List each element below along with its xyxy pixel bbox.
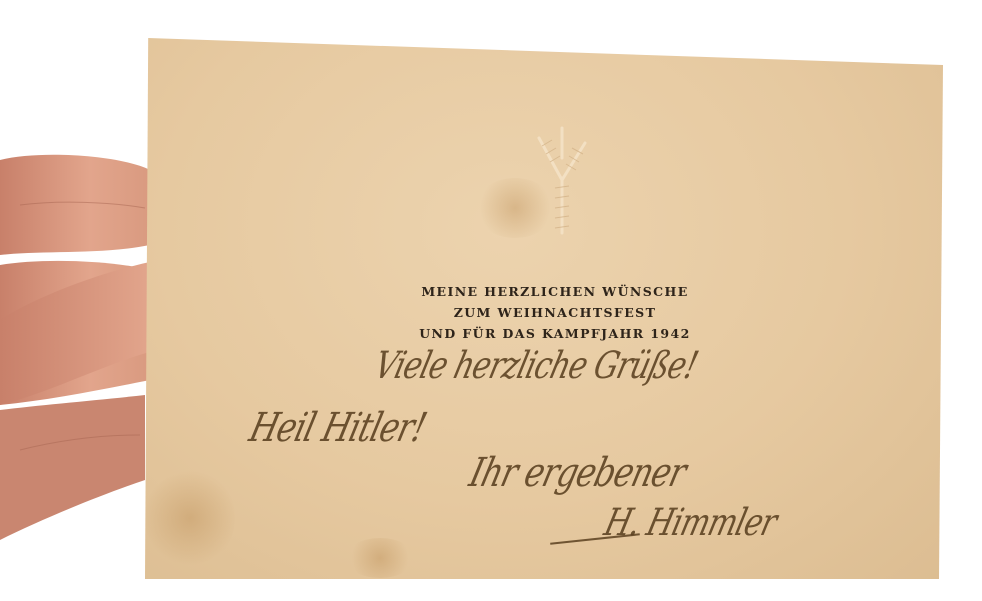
- printed-greeting: MEINE HERZLICHEN WÜNSCHE ZUM WEIHNACHTSF…: [345, 281, 765, 344]
- embossed-fir-branch-emblem: [517, 118, 607, 238]
- handwritten-greeting: Viele herzliche Grüße!: [370, 344, 702, 388]
- paper-stain: [145, 468, 235, 568]
- paper-stain: [345, 538, 415, 578]
- printed-line-3: UND FÜR DAS KAMPFJAHR 1942: [345, 323, 765, 344]
- greeting-card: MEINE HERZLICHEN WÜNSCHE ZUM WEIHNACHTSF…: [145, 38, 943, 579]
- handwritten-closing: Ihr ergebener: [465, 449, 690, 497]
- handwritten-signature: H. Himmler: [600, 501, 780, 545]
- handwritten-salute: Heil Hitler!: [245, 404, 431, 452]
- printed-line-2: ZUM WEIHNACHTSFEST: [345, 302, 765, 323]
- printed-line-1: MEINE HERZLICHEN WÜNSCHE: [345, 281, 765, 302]
